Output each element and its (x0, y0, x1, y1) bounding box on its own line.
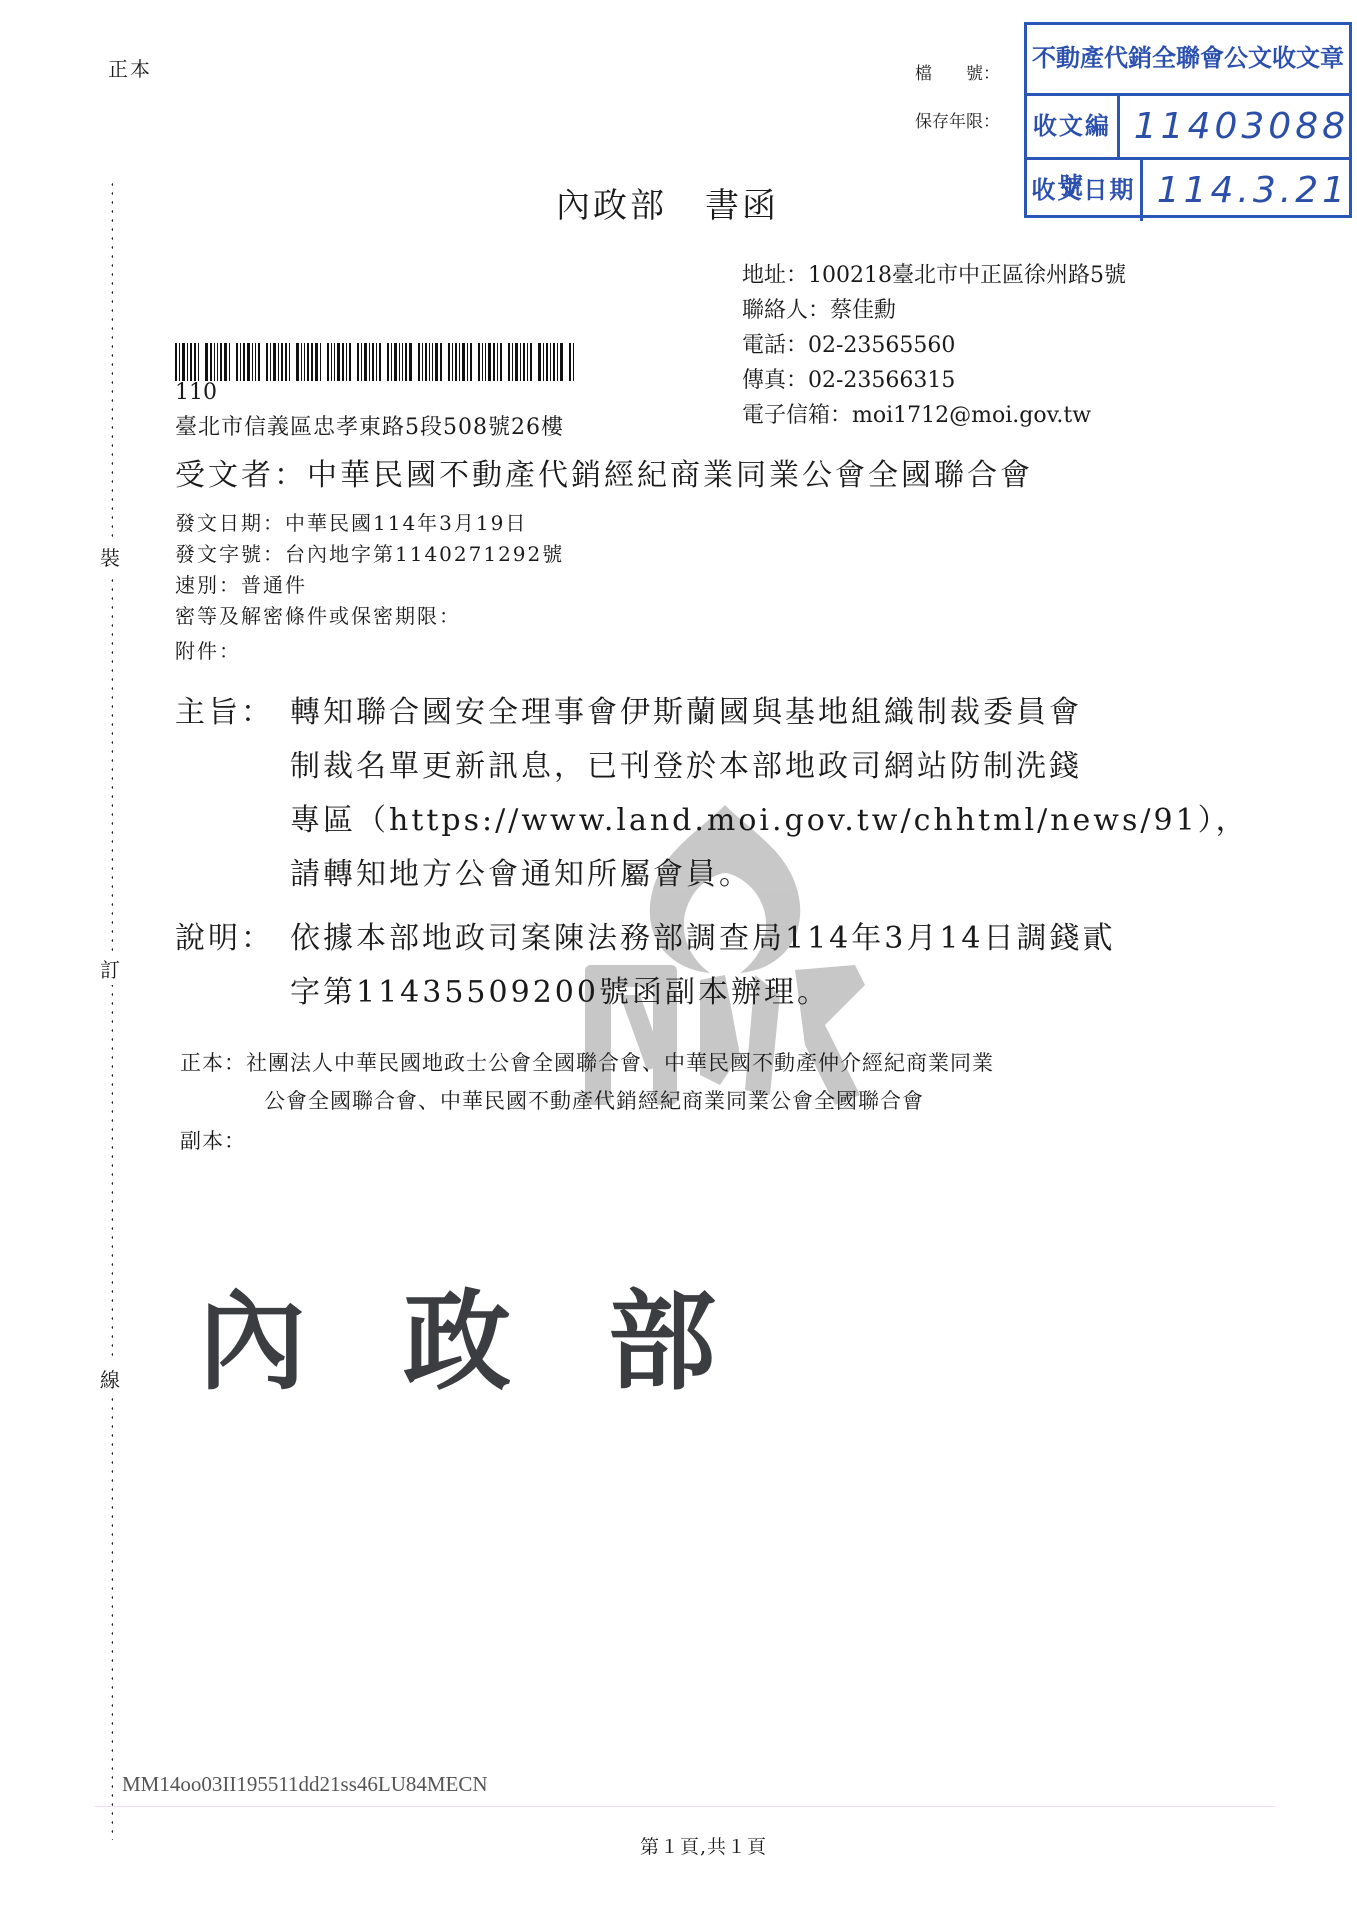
barcode-bar (311, 343, 313, 381)
barcode-bar (175, 343, 177, 381)
barcode-bar (346, 343, 347, 381)
document-type: 書函 (705, 186, 779, 226)
barcode-bar (315, 343, 318, 381)
barcode-bar (418, 343, 420, 381)
barcode-bar (301, 343, 302, 381)
barcode-bar (470, 343, 472, 381)
file-number-label: 檔 號： (915, 50, 1000, 98)
stamp-value-handwritten: 11403088 (1120, 96, 1349, 157)
recipient: 受文者：中華民國不動產代銷經紀商業同業公會全國聯合會 (175, 450, 1033, 494)
binding-mark-ding: 訂 (100, 952, 120, 985)
barcode-bar (247, 343, 250, 381)
barcode-bar (432, 343, 433, 381)
barcode-bar (281, 343, 283, 381)
sender-info: 地址：100218臺北市中正區徐州路5號 聯絡人：蔡佳勳 電話：02-23565… (742, 258, 1126, 433)
classification: 密等及解密條件或保密期限： (175, 601, 564, 632)
barcode-bar (538, 343, 541, 381)
barcode-bar (520, 343, 521, 381)
barcode-bar (205, 343, 208, 381)
retention-label: 保存年限： (915, 98, 1000, 146)
barcode-bar (527, 343, 528, 381)
barcode-bar (546, 343, 548, 381)
sender-address: 地址：100218臺北市中正區徐州路5號 (742, 258, 1126, 293)
barcode-bar (462, 343, 465, 381)
barcode-bar (236, 343, 238, 381)
barcode-bar (553, 343, 555, 381)
explanation-line: 字第11435509200號函副本辦理。 (175, 966, 1116, 1020)
distribution-section: 正本：社團法人中華民國地政士公會全國聯合會、中華民國不動產仲介經紀商業同業 公會… (180, 1044, 994, 1160)
barcode-bar (278, 343, 279, 381)
sender-email: 電子信箱：moi1712@moi.gov.tw (742, 398, 1126, 433)
barcode-bar (229, 343, 230, 381)
barcode-bar (569, 343, 571, 381)
barcode-bar (194, 343, 196, 381)
binding-mark-zhuang: 裝 (100, 540, 120, 573)
barcode-bar (560, 343, 563, 381)
sender-phone: 電話：02-23565560 (742, 328, 1126, 363)
barcode-bar (182, 343, 185, 381)
barcode-bar (376, 343, 377, 381)
barcode-bar (379, 343, 381, 381)
barcode-bar (493, 343, 495, 381)
stamp-label: 收文日期 (1027, 160, 1143, 221)
explanation-section: 說明：依據本部地政司案陳法務部調查局114年3月14日調錢貳 字第1143550… (175, 912, 1116, 1020)
stamp-label: 收文編號 (1027, 96, 1120, 157)
barcode-bar (500, 343, 502, 381)
stamp-row-receipt-date: 收文日期 114.3.21 (1027, 160, 1349, 221)
agency-signature-seal: 內政部 (198, 1255, 813, 1410)
barcode-bar (187, 343, 188, 381)
binding-line (111, 180, 113, 1840)
barcode-bar (361, 343, 362, 381)
barcode-bar (327, 343, 329, 381)
barcode-bar (482, 343, 483, 381)
barcode-bar (429, 343, 430, 381)
barcode-bar (217, 343, 218, 381)
subject-label: 主旨： (175, 686, 290, 740)
attachments: 附件： (175, 636, 564, 667)
barcode-bar (557, 343, 558, 381)
barcode-bar (399, 343, 400, 381)
barcode-bar (198, 343, 199, 381)
barcode-bar (515, 343, 518, 381)
barcode-bar (255, 343, 256, 381)
barcode-bar (266, 343, 268, 381)
barcode-bar (455, 343, 457, 381)
barcode-bar (243, 343, 245, 381)
footer-divider (95, 1806, 1275, 1807)
barcode-bar (550, 343, 551, 381)
barcode-bar (342, 343, 344, 381)
barcode-bar (224, 343, 227, 381)
binding-mark-xian: 線 (100, 1362, 120, 1395)
barcode-bar (214, 343, 215, 381)
receipt-stamp: 不動產代銷全聯會公文收文章 收文編號 11403088 收文日期 114.3.2… (1024, 22, 1352, 218)
original-recipients-line: 社團法人中華民國地政士公會全國聯合會、中華民國不動產仲介經紀商業同業 (246, 1051, 994, 1075)
barcode-bar (369, 343, 370, 381)
original-recipients-line: 公會全國聯合會、中華民國不動產代銷經紀商業同業公會全國聯合會 (180, 1082, 994, 1120)
barcode-bar (440, 343, 442, 381)
barcode-bar (512, 343, 513, 381)
explanation-line: 依據本部地政司案陳法務部調查局114年3月14日調錢貳 (290, 921, 1116, 956)
sender-fax: 傳真：02-23566315 (742, 363, 1126, 398)
barcode-bar (337, 343, 340, 381)
barcode-bar (240, 343, 241, 381)
barcode-bar (467, 343, 468, 381)
stamp-row-receipt-number: 收文編號 11403088 (1027, 96, 1349, 160)
barcode-bar (391, 343, 392, 381)
barcode-bar (405, 343, 407, 381)
barcode-bar (459, 343, 460, 381)
barcode-bar (190, 343, 192, 381)
barcode-bar (452, 343, 453, 381)
barcode-bar (320, 343, 321, 381)
barcode-bar (220, 343, 222, 381)
barcode-bar (334, 343, 335, 381)
barcode-bar (273, 343, 276, 381)
document-number: 發文字號：台內地字第1140271292號 (175, 539, 564, 570)
subject-line: 轉知聯合國安全理事會伊斯蘭國與基地組織制裁委員會 (290, 695, 1082, 730)
recipient-address: 臺北市信義區忠孝東路5段508號26樓 (175, 410, 564, 441)
signature-char: 政 (403, 1255, 608, 1410)
stamp-title: 不動產代銷全聯會公文收文章 (1027, 25, 1349, 96)
subject-line: 請轉知地方公會通知所屬會員。 (175, 848, 1249, 902)
barcode-bar (530, 343, 532, 381)
barcode-bar (478, 343, 480, 381)
barcode-bar (425, 343, 427, 381)
subject-line: 制裁名單更新訊息，已刊登於本部地政司網站防制洗錢 (175, 740, 1249, 794)
postal-barcode (175, 343, 665, 381)
barcode-bar (258, 343, 260, 381)
original-recipients-label: 正本： (180, 1051, 246, 1075)
signature-char: 內 (198, 1255, 403, 1410)
agency-name: 內政部 (556, 186, 667, 226)
barcode-bar (488, 343, 491, 381)
barcode-bar (357, 343, 359, 381)
barcode-bar (372, 343, 374, 381)
subject-line-url: 專區（https://www.land.moi.gov.tw/chhtml/ne… (175, 794, 1249, 848)
barcode-bar (573, 343, 574, 381)
barcode-bar (543, 343, 544, 381)
issue-date: 發文日期：中華民國114年3月19日 (175, 508, 564, 539)
file-labels: 檔 號： 保存年限： (915, 50, 1000, 146)
barcode-bar (402, 343, 403, 381)
barcode-bar (307, 343, 309, 381)
stamp-value-handwritten: 114.3.21 (1143, 160, 1349, 221)
copy-recipients-label: 副本： (180, 1122, 994, 1160)
barcode-bar (210, 343, 212, 381)
document-meta: 發文日期：中華民國114年3月19日 發文字號：台內地字第1140271292號… (175, 508, 564, 667)
barcode-bar (364, 343, 367, 381)
page-number: 第１頁,共１頁 (640, 1832, 767, 1859)
barcode-bar (422, 343, 423, 381)
copy-label: 正本 (108, 53, 152, 82)
document-title: 內政部書函 (556, 178, 779, 227)
barcode-bar (435, 343, 438, 381)
sender-contact: 聯絡人：蔡佳勳 (742, 293, 1126, 328)
barcode-bar (304, 343, 305, 381)
barcode-bar (285, 343, 287, 381)
barcode-bar (448, 343, 450, 381)
barcode-bar (289, 343, 290, 381)
barcode-bar (523, 343, 525, 381)
barcode-bar (349, 343, 351, 381)
explanation-label: 說明： (175, 912, 290, 966)
barcode-bar (252, 343, 253, 381)
barcode-bar (485, 343, 486, 381)
barcode-bar (270, 343, 271, 381)
recipient-postal-code: 110 (175, 380, 217, 405)
barcode-bar (497, 343, 498, 381)
barcode-bar (331, 343, 332, 381)
document-tracking-code: MM14oo03II195511dd21ss46LU84MECN (122, 1772, 488, 1797)
barcode-bar (508, 343, 510, 381)
subject-section: 主旨：轉知聯合國安全理事會伊斯蘭國與基地組織制裁委員會 制裁名單更新訊息，已刊登… (175, 686, 1249, 902)
barcode-bar (394, 343, 397, 381)
barcode-bar (179, 343, 180, 381)
priority: 速別：普通件 (175, 570, 564, 601)
signature-char: 部 (608, 1255, 813, 1410)
barcode-bar (387, 343, 389, 381)
barcode-bar (296, 343, 299, 381)
barcode-bar (409, 343, 412, 381)
